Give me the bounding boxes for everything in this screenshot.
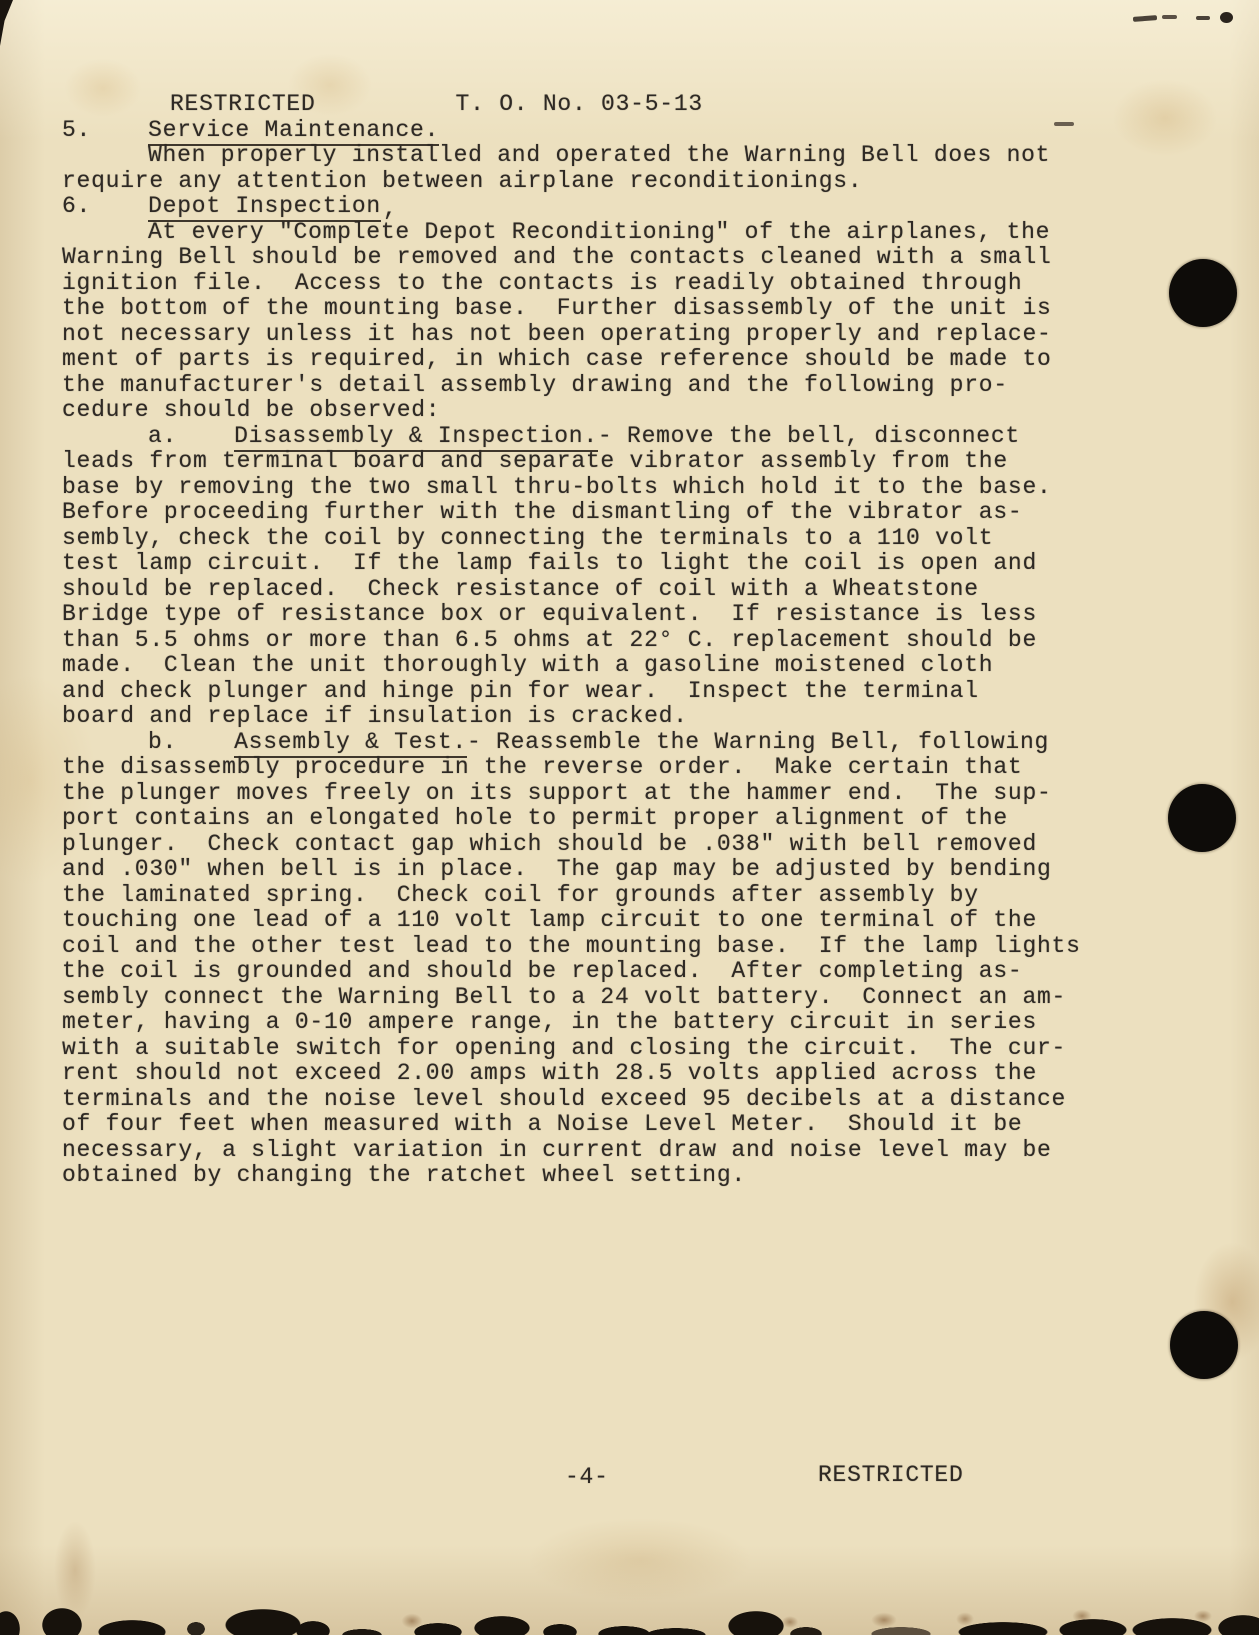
- page-content: RESTRICTEDT. O. No. 03-5-13 5.Service Ma…: [62, 92, 1192, 1189]
- header-classification: RESTRICTED: [170, 91, 316, 117]
- section-5-heading: 5.Service Maintenance.: [62, 118, 1192, 144]
- scan-mark: [1054, 122, 1074, 126]
- footer-classification: RESTRICTED: [818, 1462, 964, 1488]
- section-6-heading: 6.Depot Inspection,: [62, 194, 1192, 220]
- section-5-number: 5.: [62, 117, 91, 143]
- hole-punch: [1169, 259, 1237, 327]
- corner-mark: [0, 0, 13, 46]
- subitem-a-letter: a.: [148, 423, 177, 449]
- subitem-a-body: - Remove the bell, disconnect leads from…: [62, 423, 1052, 730]
- scan-mark: [1162, 15, 1177, 19]
- hole-punch: [1168, 784, 1236, 852]
- subitem-a: a.Disassembly & Inspection.- Remove the …: [62, 424, 1192, 730]
- hole-punch: [1170, 1311, 1238, 1379]
- subitem-b-letter: b.: [148, 729, 177, 755]
- section-6-paragraph: At every "Complete Depot Reconditioning"…: [62, 220, 1192, 424]
- page-number: -4-: [565, 1464, 609, 1490]
- scan-mark: [1196, 16, 1210, 20]
- section-6-title: Depot Inspection: [148, 193, 381, 222]
- scan-mark: [1220, 12, 1233, 23]
- header-to-number: T. O. No. 03-5-13: [456, 91, 703, 117]
- burned-bottom-edge: [0, 1589, 1259, 1635]
- section-6-number: 6.: [62, 193, 91, 219]
- section-5-paragraph: When properly installed and operated the…: [62, 143, 1192, 194]
- scan-mark: [1133, 15, 1157, 22]
- document-page: RESTRICTEDT. O. No. 03-5-13 5.Service Ma…: [0, 0, 1259, 1635]
- subitem-b: b.Assembly & Test.- Reassemble the Warni…: [62, 730, 1192, 1189]
- page-header: RESTRICTEDT. O. No. 03-5-13: [62, 92, 1192, 118]
- subitem-b-body: - Reassemble the Warning Bell, following…: [62, 729, 1081, 1189]
- section-6-title-punct: ,: [383, 196, 398, 222]
